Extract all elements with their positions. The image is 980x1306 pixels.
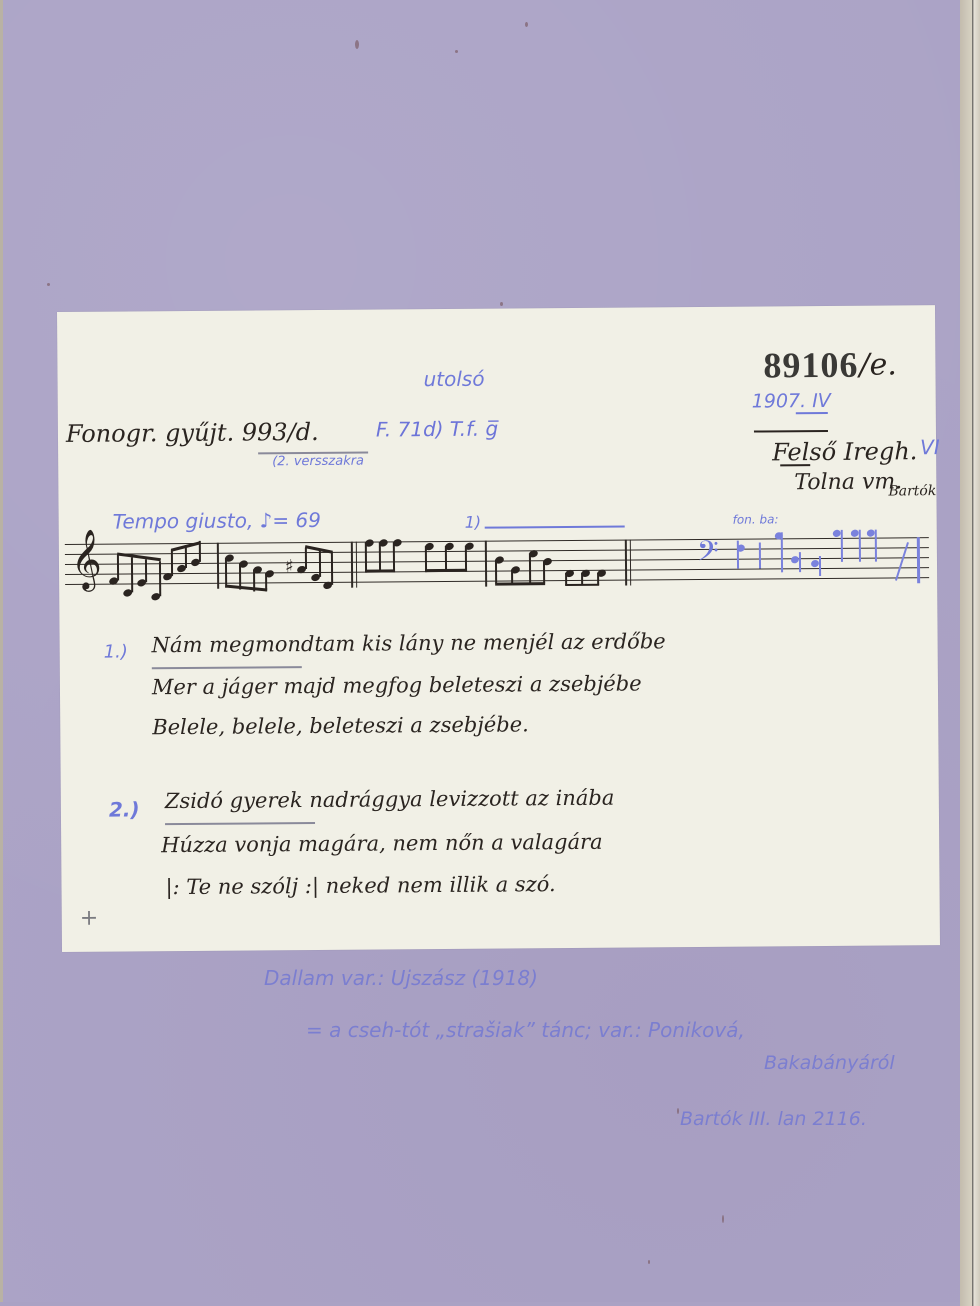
collection-date: 1907. IV <box>752 390 831 413</box>
paper-speck <box>455 50 458 53</box>
sharp-icon: ♯ <box>285 556 294 577</box>
place-roman-numeral: VI <box>920 435 940 459</box>
verse-2-line-3: |: Te ne szólj :| neked nem illik a szó. <box>165 872 555 899</box>
verse-1-line-2: Mer a jáger majd megfog beleteszi a zseb… <box>152 671 642 699</box>
county-overline <box>780 464 810 466</box>
board-note-bakabanya: Bakabányáról <box>764 1052 895 1074</box>
verse-2-line-2: Húzza vonja magára, nem nőn a valagára <box>161 830 603 857</box>
blue-reference: F. 71d) T.f. g̅ <box>376 417 498 442</box>
footnote-label: fon. ba: <box>733 512 779 526</box>
place-county: Tolna vm. <box>794 469 902 495</box>
board-note-czech-slovak-dance: = a cseh-tót „strašiak” tánc; var.: Poni… <box>306 1018 745 1042</box>
paper-speck <box>525 22 528 27</box>
place-overline <box>754 430 828 433</box>
date-underline <box>796 412 828 414</box>
place-village: Felső Iregh. <box>772 437 917 466</box>
archive-stamp-number: 89106 <box>763 344 858 387</box>
index-card: 89106 /e. utolsó Fonogr. gyűjt. 993/d. F… <box>57 305 940 952</box>
collector-name: Bartók <box>888 483 936 499</box>
verse-2-line-1: Zsidó gyerek nadrággya levizzott az ináb… <box>165 786 615 814</box>
verse-1-underline <box>152 666 302 669</box>
verse-2-underline <box>165 822 315 825</box>
bass-clef-icon: 𝄢 <box>697 535 719 575</box>
tempo-marking: Tempo giusto, ♪= 69 <box>113 508 321 534</box>
music-staff: 𝄞 ♯ <box>65 537 929 590</box>
corner-cross-mark: + <box>80 906 99 931</box>
paper-speck <box>648 1260 650 1264</box>
verse-2-number: 2.) <box>109 797 140 821</box>
collection-reference: Fonogr. gyűjt. 993/d. <box>66 418 319 448</box>
verse-subnote: (2. versszakra <box>272 454 364 470</box>
verse-1-line-1: Nám megmondtam kis lány ne menjél az erd… <box>152 629 666 657</box>
treble-clef-icon: 𝄞 <box>71 530 102 591</box>
variant-mark: 1) <box>465 513 482 532</box>
board-note-melody-variant: Dallam var.: Ujszász (1918) <box>264 966 538 990</box>
paper-speck <box>47 283 50 286</box>
board-right-edge <box>960 0 980 1306</box>
paper-speck <box>500 302 503 306</box>
paper-speck <box>677 1108 679 1114</box>
paper-speck <box>722 1215 724 1223</box>
verse-1-line-3: Belele, belele, beleteszi a zsebjébe. <box>152 712 529 739</box>
paper-speck <box>355 40 359 49</box>
archive-stamp-suffix: /e. <box>859 347 897 382</box>
verse-1-number: 1.) <box>104 641 128 662</box>
annotation-utolso: utolsó <box>423 367 484 391</box>
board-note-bartok-reference: Bartók III. lan 2116. <box>680 1108 867 1130</box>
variant-bracket-line <box>485 526 625 529</box>
